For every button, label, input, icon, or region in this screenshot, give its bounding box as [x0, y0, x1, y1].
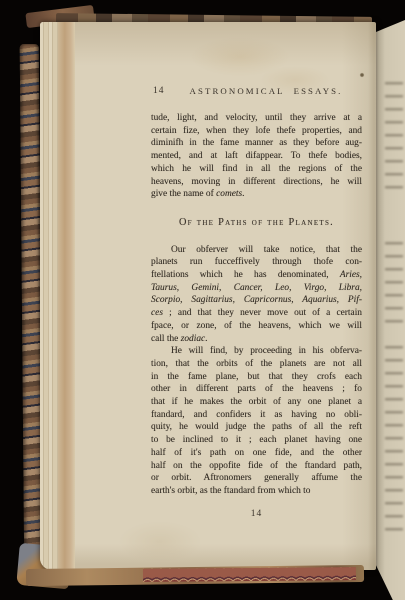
photo-backdrop: 14 ASTRONOMICAL ESSAYS. tude, light, and… [0, 0, 405, 600]
text-line: ces ; and that they never move out of a … [151, 307, 362, 320]
page-number: 14 [153, 86, 165, 96]
text-line: other in different parts of the heavens … [151, 383, 362, 396]
text-line: which he will find in all the regions of… [151, 163, 362, 176]
text-line: Our obferver will take notice, that the [151, 244, 362, 257]
paragraph: tude, light, and velocity, until they ar… [151, 112, 362, 201]
book-page: 14 ASTRONOMICAL ESSAYS. tude, light, and… [40, 22, 376, 570]
text-line: diminifh in the fame manner as they befo… [151, 137, 362, 150]
text-line: Taurus, Gemini, Cancer, Leo, Virgo, Libr… [151, 282, 362, 295]
facing-page-sliver [376, 20, 405, 600]
facing-page-ghost-text [385, 82, 403, 194]
paragraph: Our obferver will take notice, that thep… [151, 244, 362, 346]
running-title: ASTRONOMICAL ESSAYS. [151, 86, 363, 96]
text-line: planets run fucceffively through thofe c… [151, 256, 362, 269]
text-line: tude, light, and velocity, until they ar… [151, 112, 362, 125]
text-line: quity, he would judge the paths of all t… [151, 421, 362, 434]
text-line: fpace, or zone, of the heavens, which we… [151, 320, 362, 333]
text-line: mented, and at laft difappear. To thefe … [151, 150, 362, 163]
gutter-shadow [58, 22, 75, 570]
paragraph: He will find, by proceeding in his obfer… [151, 345, 362, 497]
text-line: certain fize, when they lofe thefe prope… [151, 125, 362, 138]
text-line: half on the oppofite fide of the ftandar… [151, 460, 362, 473]
text-line: in the fame plane, but that they crofs e… [151, 371, 362, 384]
text-line: call the zodiac. [151, 333, 362, 346]
text-line: ftellations which he has denominated, Ar… [151, 269, 362, 282]
facing-page-ghost-text [385, 346, 403, 540]
signature-mark: 14 [151, 509, 362, 519]
marbled-page-bottom-edge [143, 567, 356, 582]
text-line: ftandard, and confiders it as having no … [151, 409, 362, 422]
text-line: to be inclined to it ; each planet havin… [151, 434, 362, 447]
text-line: Scorpio, Sagittarius, Capricornus, Aquar… [151, 294, 362, 307]
section-heading: Of the Paths of the Planets. [151, 217, 362, 230]
text-line: that if he makes the orbit of any one pl… [151, 396, 362, 409]
facing-page-ghost-text [385, 242, 403, 330]
text-line: heavens, moving in different directions,… [151, 176, 362, 189]
page-header: 14 ASTRONOMICAL ESSAYS. [151, 86, 363, 100]
text-line: earth's orbit, as the ftandard from whic… [151, 485, 362, 498]
text-line: or orbit. Aftronomers generally affume t… [151, 472, 362, 485]
text-line: half of it's path on one fide, and the o… [151, 447, 362, 460]
page-body: tude, light, and velocity, until they ar… [151, 112, 362, 498]
text-line: tion, that the orbits of the planets are… [151, 358, 362, 371]
text-line: give the name of comets. [151, 188, 362, 201]
text-line: He will find, by proceeding in his obfer… [151, 345, 362, 358]
page-stack-edges [40, 22, 59, 570]
